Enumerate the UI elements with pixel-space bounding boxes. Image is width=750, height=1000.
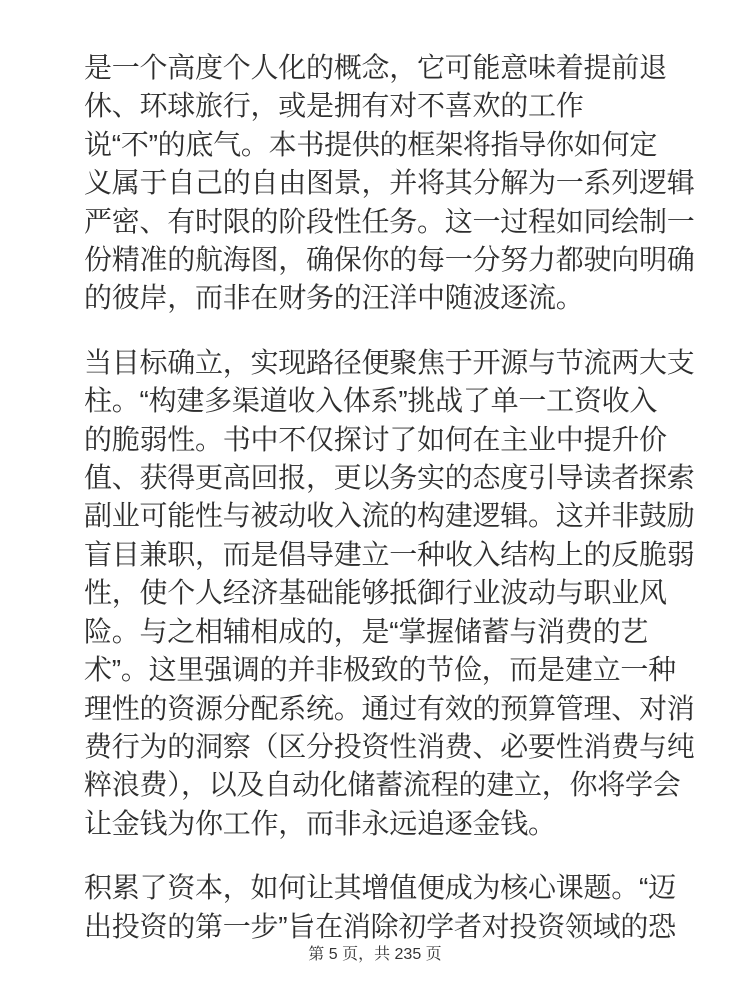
text-line: 性，使个人经济基础能够抵御行业波动与职业风 — [84, 574, 750, 612]
text-line: 是一个高度个人化的概念，它可能意味着提前退 — [84, 49, 750, 87]
text-line: 出投资的第一步”旨在消除初学者对投资领域的恐 — [84, 908, 750, 946]
text-line: 理性的资源分配系统。通过有效的预算管理、对消 — [84, 690, 750, 728]
text-line: 说“不”的底气。本书提供的框架将指导你如何定 — [84, 126, 750, 164]
text-line: 粹浪费），以及自动化储蓄流程的建立，你将学会 — [84, 766, 750, 804]
paragraph: 是一个高度个人化的概念，它可能意味着提前退休、环球旅行，或是拥有对不喜欢的工作说… — [84, 49, 750, 318]
text-line: 份精准的航海图，确保你的每一分努力都驶向明确 — [84, 241, 750, 279]
paragraph: 积累了资本，如何让其增值便成为核心课题。“迈出投资的第一步”旨在消除初学者对投资… — [84, 869, 750, 946]
text-line: 休、环球旅行，或是拥有对不喜欢的工作 — [84, 87, 750, 125]
text-line: 的彼岸，而非在财务的汪洋中随波逐流。 — [84, 279, 750, 317]
text-line: 副业可能性与被动收入流的构建逻辑。这并非鼓励 — [84, 497, 750, 535]
text-line: 柱。“构建多渠道收入体系”挑战了单一工资收入 — [84, 382, 750, 420]
document-page-content: 是一个高度个人化的概念，它可能意味着提前退休、环球旅行，或是拥有对不喜欢的工作说… — [0, 0, 750, 946]
text-line: 值、获得更高回报，更以务实的态度引导读者探索 — [84, 459, 750, 497]
text-line: 险。与之相辅相成的，是“掌握储蓄与消费的艺 — [84, 613, 750, 651]
text-line: 让金钱为你工作，而非永远追逐金钱。 — [84, 805, 750, 843]
text-line: 费行为的洞察（区分投资性消费、必要性消费与纯 — [84, 728, 750, 766]
text-line: 术”。这里强调的并非极致的节俭，而是建立一种 — [84, 651, 750, 689]
page-number-indicator: 第 5 页，共 235 页 — [0, 945, 750, 965]
text-line: 的脆弱性。书中不仅探讨了如何在主业中提升价 — [84, 421, 750, 459]
text-line: 义属于自己的自由图景，并将其分解为一系列逻辑 — [84, 164, 750, 202]
text-line: 盲目兼职，而是倡导建立一种收入结构上的反脆弱 — [84, 536, 750, 574]
text-line: 当目标确立，实现路径便聚焦于开源与节流两大支 — [84, 344, 750, 382]
text-line: 积累了资本，如何让其增值便成为核心课题。“迈 — [84, 869, 750, 907]
text-line: 严密、有时限的阶段性任务。这一过程如同绘制一 — [84, 203, 750, 241]
paragraph: 当目标确立，实现路径便聚焦于开源与节流两大支柱。“构建多渠道收入体系”挑战了单一… — [84, 344, 750, 843]
